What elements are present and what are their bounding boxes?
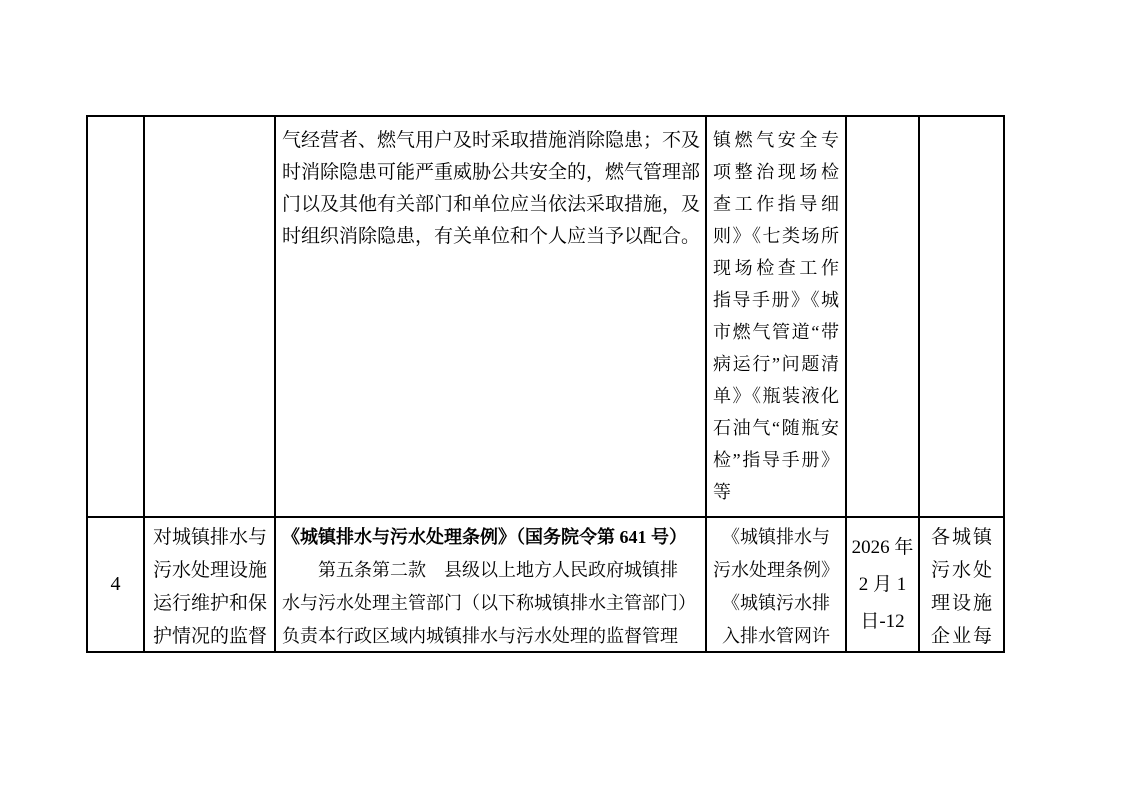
content-line: 门以及其他有关部门和单位应当依法采取措施，及: [282, 189, 700, 221]
basis-line: 污水处理条例》: [713, 554, 839, 587]
row4-target-cell: 各城镇 污水处 理设施 企业每: [920, 518, 1005, 653]
regulation-table: 气经营者、燃气用户及时采取措施消除隐患；不及 时消除隐患可能严重威胁公共安全的，…: [86, 115, 1005, 653]
row-number: 4: [111, 573, 121, 596]
target-line: 理设施: [931, 587, 992, 620]
row4-basis-cell: 《城镇排水与 污水处理条例》 《城镇污水排 入排水管网许: [707, 518, 847, 653]
time-line: 2 月 1: [859, 566, 907, 603]
content-line: 时组织消除隐患，有关单位和个人应当予以配合。: [282, 221, 700, 253]
time-line: 日-12: [860, 603, 904, 640]
row4-item-cell: 对城镇排水与 污水处理设施 运行维护和保 护情况的监督: [145, 518, 276, 653]
row4-content-cell: 《城镇排水与污水处理条例》（国务院令第 641 号） 第五条第二款 县级以上地方…: [276, 518, 707, 653]
content-line: 负责本行政区域内城镇排水与污水处理的监督管理: [282, 620, 700, 653]
gas-row-content-cell: 气经营者、燃气用户及时采取措施消除隐患；不及 时消除隐患可能严重威胁公共安全的，…: [276, 117, 707, 518]
basis-line: 《城镇污水排: [713, 587, 839, 620]
item-line: 对城镇排水与: [153, 521, 268, 554]
target-line: 企业每: [931, 620, 992, 653]
regulation-title: 《城镇排水与污水处理条例》（国务院令第 641 号）: [282, 521, 700, 554]
basis-line: 等: [713, 476, 839, 508]
target-line: 污水处: [931, 554, 992, 587]
gas-row-time-cell: [847, 117, 920, 518]
gas-row-item-cell: [145, 117, 276, 518]
content-line: 第五条第二款 县级以上地方人民政府城镇排: [282, 554, 700, 587]
gas-row-basis-cell: 镇燃气安全专 项整治现场检 查工作指导细 则》《七类场所 现场检查工作 指导手册…: [707, 117, 847, 518]
gas-row-number-cell: [88, 117, 145, 518]
basis-line: 指导手册》《城: [713, 284, 839, 316]
basis-line: 入排水管网许: [713, 620, 839, 653]
gas-row-target-cell: [920, 117, 1005, 518]
item-line: 污水处理设施: [153, 554, 268, 587]
basis-line: 镇燃气安全专: [713, 124, 839, 156]
basis-line: 市燃气管道“带: [713, 316, 839, 348]
item-line: 运行维护和保: [153, 587, 268, 620]
basis-line: 单》《瓶装液化: [713, 380, 839, 412]
time-line: 2026 年: [852, 529, 914, 566]
basis-line: 病运行”问题清: [713, 348, 839, 380]
document-page: { "document": { "background": "#ffffff",…: [0, 0, 1122, 793]
row4-time-cell: 2026 年 2 月 1 日-12: [847, 518, 920, 653]
row4-number-cell: 4: [88, 518, 145, 653]
basis-line: 查工作指导细: [713, 188, 839, 220]
basis-line: 则》《七类场所: [713, 220, 839, 252]
target-line: 各城镇: [931, 521, 992, 554]
basis-line: 项整治现场检: [713, 156, 839, 188]
content-line: 气经营者、燃气用户及时采取措施消除隐患；不及: [282, 125, 700, 157]
basis-line: 检”指导手册》: [713, 444, 839, 476]
content-line: 时消除隐患可能严重威胁公共安全的，燃气管理部: [282, 157, 700, 189]
basis-line: 现场检查工作: [713, 252, 839, 284]
basis-line: 石油气“随瓶安: [713, 412, 839, 444]
content-line: 水与污水处理主管部门（以下称城镇排水主管部门）: [282, 587, 700, 620]
item-line: 护情况的监督: [153, 620, 268, 653]
basis-line: 《城镇排水与: [713, 521, 839, 554]
